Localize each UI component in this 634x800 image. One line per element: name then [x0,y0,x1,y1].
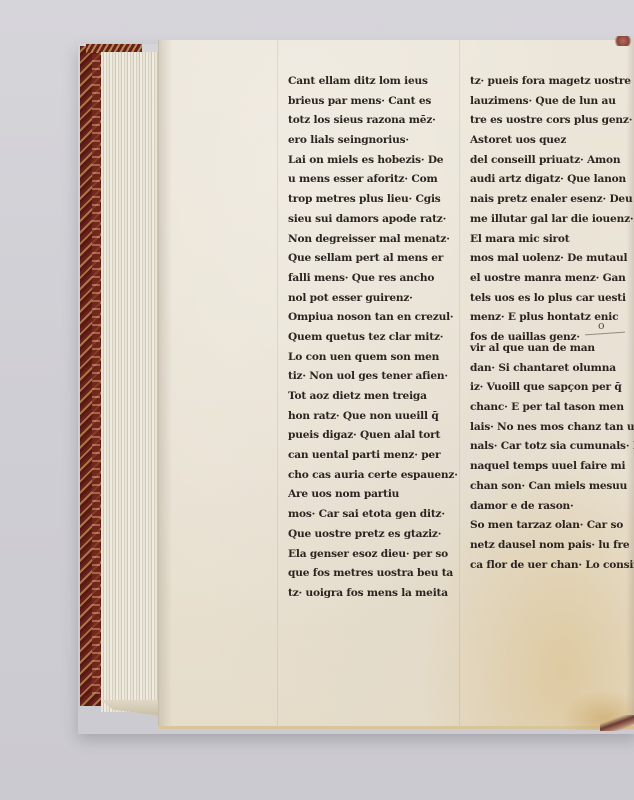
text-line: nais pretz enaler esenz· Deu [470,190,634,210]
binding-corner-top [612,36,634,46]
text-line: ero lials seingnorius· [288,131,463,151]
text-column-right-top: tz· pueis fora magetz uostrelauzimens· Q… [470,72,634,348]
text-line: menz· E plus hontatz enic [470,308,634,328]
text-line: audi artz digatz· Que lanon [470,170,634,190]
text-line: me illutar gal lar die iouenz· [470,210,634,230]
page-edges [101,52,161,712]
text-line: tels uos es lo plus car uesti [470,289,634,309]
text-line: iz· Vuoill que sapçon per q̄ [470,378,634,398]
text-line: falli mens· Que res ancho [288,269,463,289]
text-line: totz los sieus razona mēz· [288,111,463,131]
text-line: tz· uoigra fos mens la meita [288,584,463,604]
text-line: netz dausel nom pais· lu fre [470,536,634,556]
text-line: Que uostre pretz es gtaziz· [288,525,463,545]
binding-decoration [92,54,100,694]
text-line: Astoret uos quez [470,131,634,151]
text-line: Tot aoz dietz men treiga [288,387,463,407]
text-line: Lai on miels es hobezis· De [288,151,463,171]
text-line: Cant ellam ditz lom ieus [288,72,463,92]
text-line: hon ratz· Que non uueill q̄ [288,407,463,427]
text-line: Lo con uen quem son men [288,348,463,368]
text-line: dan· Si chantaret olumna [470,359,634,379]
text-line: trop metres plus lieu· Cgis [288,190,463,210]
text-column-left: Cant ellam ditz lom ieusbrieus par mens·… [288,72,463,604]
text-line: lauzimens· Que de lun au [470,92,634,112]
text-line: Ompiua noson tan en crezul· [288,308,463,328]
text-line: Quem quetus tez clar mitz· [288,328,463,348]
text-line: damor e de rason· [470,497,634,517]
text-line: lais· No nes mos chanz tan ue [470,418,634,438]
text-line: brieus par mens· Cant es [288,92,463,112]
text-line: vir al que uan de man [470,339,634,359]
text-line: mos mal uolenz· De mutaul [470,249,634,269]
ruling-line [277,40,278,726]
text-line: tiz· Non uol ges tener afien· [288,367,463,387]
text-column-right-bottom: vir al que uan de mandan· Si chantaret o… [470,339,634,575]
text-line: chan son· Can miels mesuu [470,477,634,497]
text-line: can uental parti menz· per [288,446,463,466]
text-line: mos· Car sai etota gen ditz· [288,505,463,525]
binding-corner-bottom [600,715,634,731]
text-line: nol pot esser guirenz· [288,289,463,309]
text-line: que fos metres uostra beu ta [288,564,463,584]
text-line: sieu sui damors apode ratz· [288,210,463,230]
text-line: naquel temps uuel faire mi [470,457,634,477]
text-line: el uostre manra menz· Gan [470,269,634,289]
ornament-mark: o [598,319,605,332]
text-line: pueis digaz· Quen alal tort [288,426,463,446]
text-line: Ela genser esoz dieu· per so [288,545,463,565]
text-line: nals· Car totz sia cumunals· E [470,437,634,457]
text-line: Que sellam pert al mens er [288,249,463,269]
text-line: chanc· E per tal tason men [470,398,634,418]
text-line: tz· pueis fora magetz uostre [470,72,634,92]
text-line: Are uos nom partiu [288,485,463,505]
page-gutter-shadow [158,40,172,726]
text-line: ca flor de uer chan· Lo consir [470,556,634,576]
text-line: Non degreisser mal menatz· [288,230,463,250]
text-line: El mara mic sirot [470,230,634,250]
text-line: del conseill priuatz· Amon [470,151,634,171]
text-line: u mens esser aforitz· Com [288,170,463,190]
text-line: cho cas auria certe espauenz· [288,466,463,486]
text-line: So men tarzaz olan· Car so [470,516,634,536]
text-line: tre es uostre cors plus genz· [470,111,634,131]
